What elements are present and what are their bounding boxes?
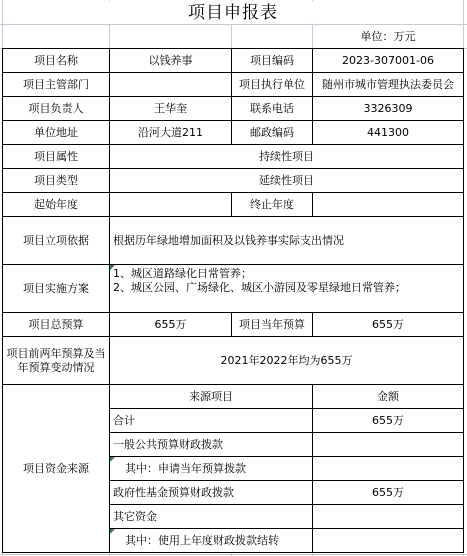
funding-source-carryover: 其中：使用上年度财政拨款结转	[109, 528, 313, 553]
project-name-label: 项目名称	[2, 48, 110, 73]
plan-line-2: 2、城区公园、广场绿化、城区小游园及零星绿地日常管养；	[113, 281, 406, 295]
funding-amount-total[interactable]: 655万	[312, 408, 464, 433]
postcode-value[interactable]: 441300	[312, 120, 464, 145]
dept-label: 项目主管部门	[2, 72, 110, 97]
total-budget-label: 项目总预算	[2, 312, 110, 337]
owner-value[interactable]: 王华奎	[109, 96, 232, 121]
funding-source-other: 其它资金	[109, 504, 313, 529]
address-value[interactable]: 沿河大道211	[109, 120, 232, 145]
funding-amount-gov-fund[interactable]: 655万	[312, 480, 464, 505]
funding-header-amount: 金额	[312, 384, 464, 409]
page-title: 项目申报表	[3, 1, 463, 24]
total-budget-value[interactable]: 655万	[109, 312, 232, 337]
funding-amount-other[interactable]	[312, 504, 464, 529]
funding-source-general: 一般公共预算财政拨款	[109, 432, 313, 457]
project-code-value[interactable]: 2023-307001-06	[312, 48, 464, 73]
funding-amount-carryover[interactable]	[312, 528, 464, 553]
unit-label: 单位：万元	[313, 25, 463, 48]
end-year-value[interactable]	[312, 192, 464, 217]
gridline	[0, 554, 467, 555]
year-budget-label: 项目当年预算	[231, 312, 313, 337]
funding-source-total: 合计	[109, 408, 313, 433]
comment-indicator-icon	[110, 529, 115, 534]
funding-header-source: 来源项目	[109, 384, 313, 409]
project-code-label: 项目编码	[231, 48, 313, 73]
funding-label: 项目资金来源	[2, 384, 110, 553]
exec-unit-label: 项目执行单位	[231, 72, 313, 97]
comment-indicator-icon	[110, 457, 115, 462]
plan-label: 项目实施方案	[2, 264, 110, 313]
start-year-label: 起始年度	[2, 192, 110, 217]
postcode-label: 邮政编码	[231, 120, 313, 145]
type-label: 项目类型	[2, 168, 110, 193]
history-label: 项目前两年预算及当年预算变动情况	[2, 336, 110, 385]
phone-value[interactable]: 3326309	[312, 96, 464, 121]
funding-amount-general[interactable]	[312, 432, 464, 457]
start-year-value[interactable]	[109, 192, 232, 217]
plan-value[interactable]: 1、城区道路绿化日常管养； 2、城区公园、广场绿化、城区小游园及零星绿地日常管养…	[109, 264, 464, 313]
address-label: 单位地址	[2, 120, 110, 145]
funding-source-gov-fund: 政府性基金预算财政拨款	[109, 480, 313, 505]
exec-unit-value[interactable]: 随州市城市管理执法委员会	[312, 72, 464, 97]
funding-amount-current-year[interactable]	[312, 456, 464, 481]
plan-line-1: 1、城区道路绿化日常管养；	[113, 267, 252, 281]
owner-label: 项目负责人	[2, 96, 110, 121]
project-name-value[interactable]: 以钱养事	[109, 48, 232, 73]
funding-source-current-year: 其中：申请当年预算拨款	[109, 456, 313, 481]
dept-value[interactable]	[109, 72, 232, 97]
end-year-label: 终止年度	[231, 192, 313, 217]
year-budget-value[interactable]: 655万	[312, 312, 464, 337]
basis-label: 项目立项依据	[2, 216, 110, 265]
attribute-value[interactable]: 持续性项目	[109, 144, 464, 169]
attribute-label: 项目属性	[2, 144, 110, 169]
basis-value[interactable]: 根据历年绿地增加面积及以钱养事实际支出情况	[109, 216, 464, 265]
comment-indicator-icon	[110, 265, 115, 270]
phone-label: 联系电话	[231, 96, 313, 121]
type-value[interactable]: 延续性项目	[109, 168, 464, 193]
history-value[interactable]: 2021年2022年均为655万	[109, 336, 464, 385]
